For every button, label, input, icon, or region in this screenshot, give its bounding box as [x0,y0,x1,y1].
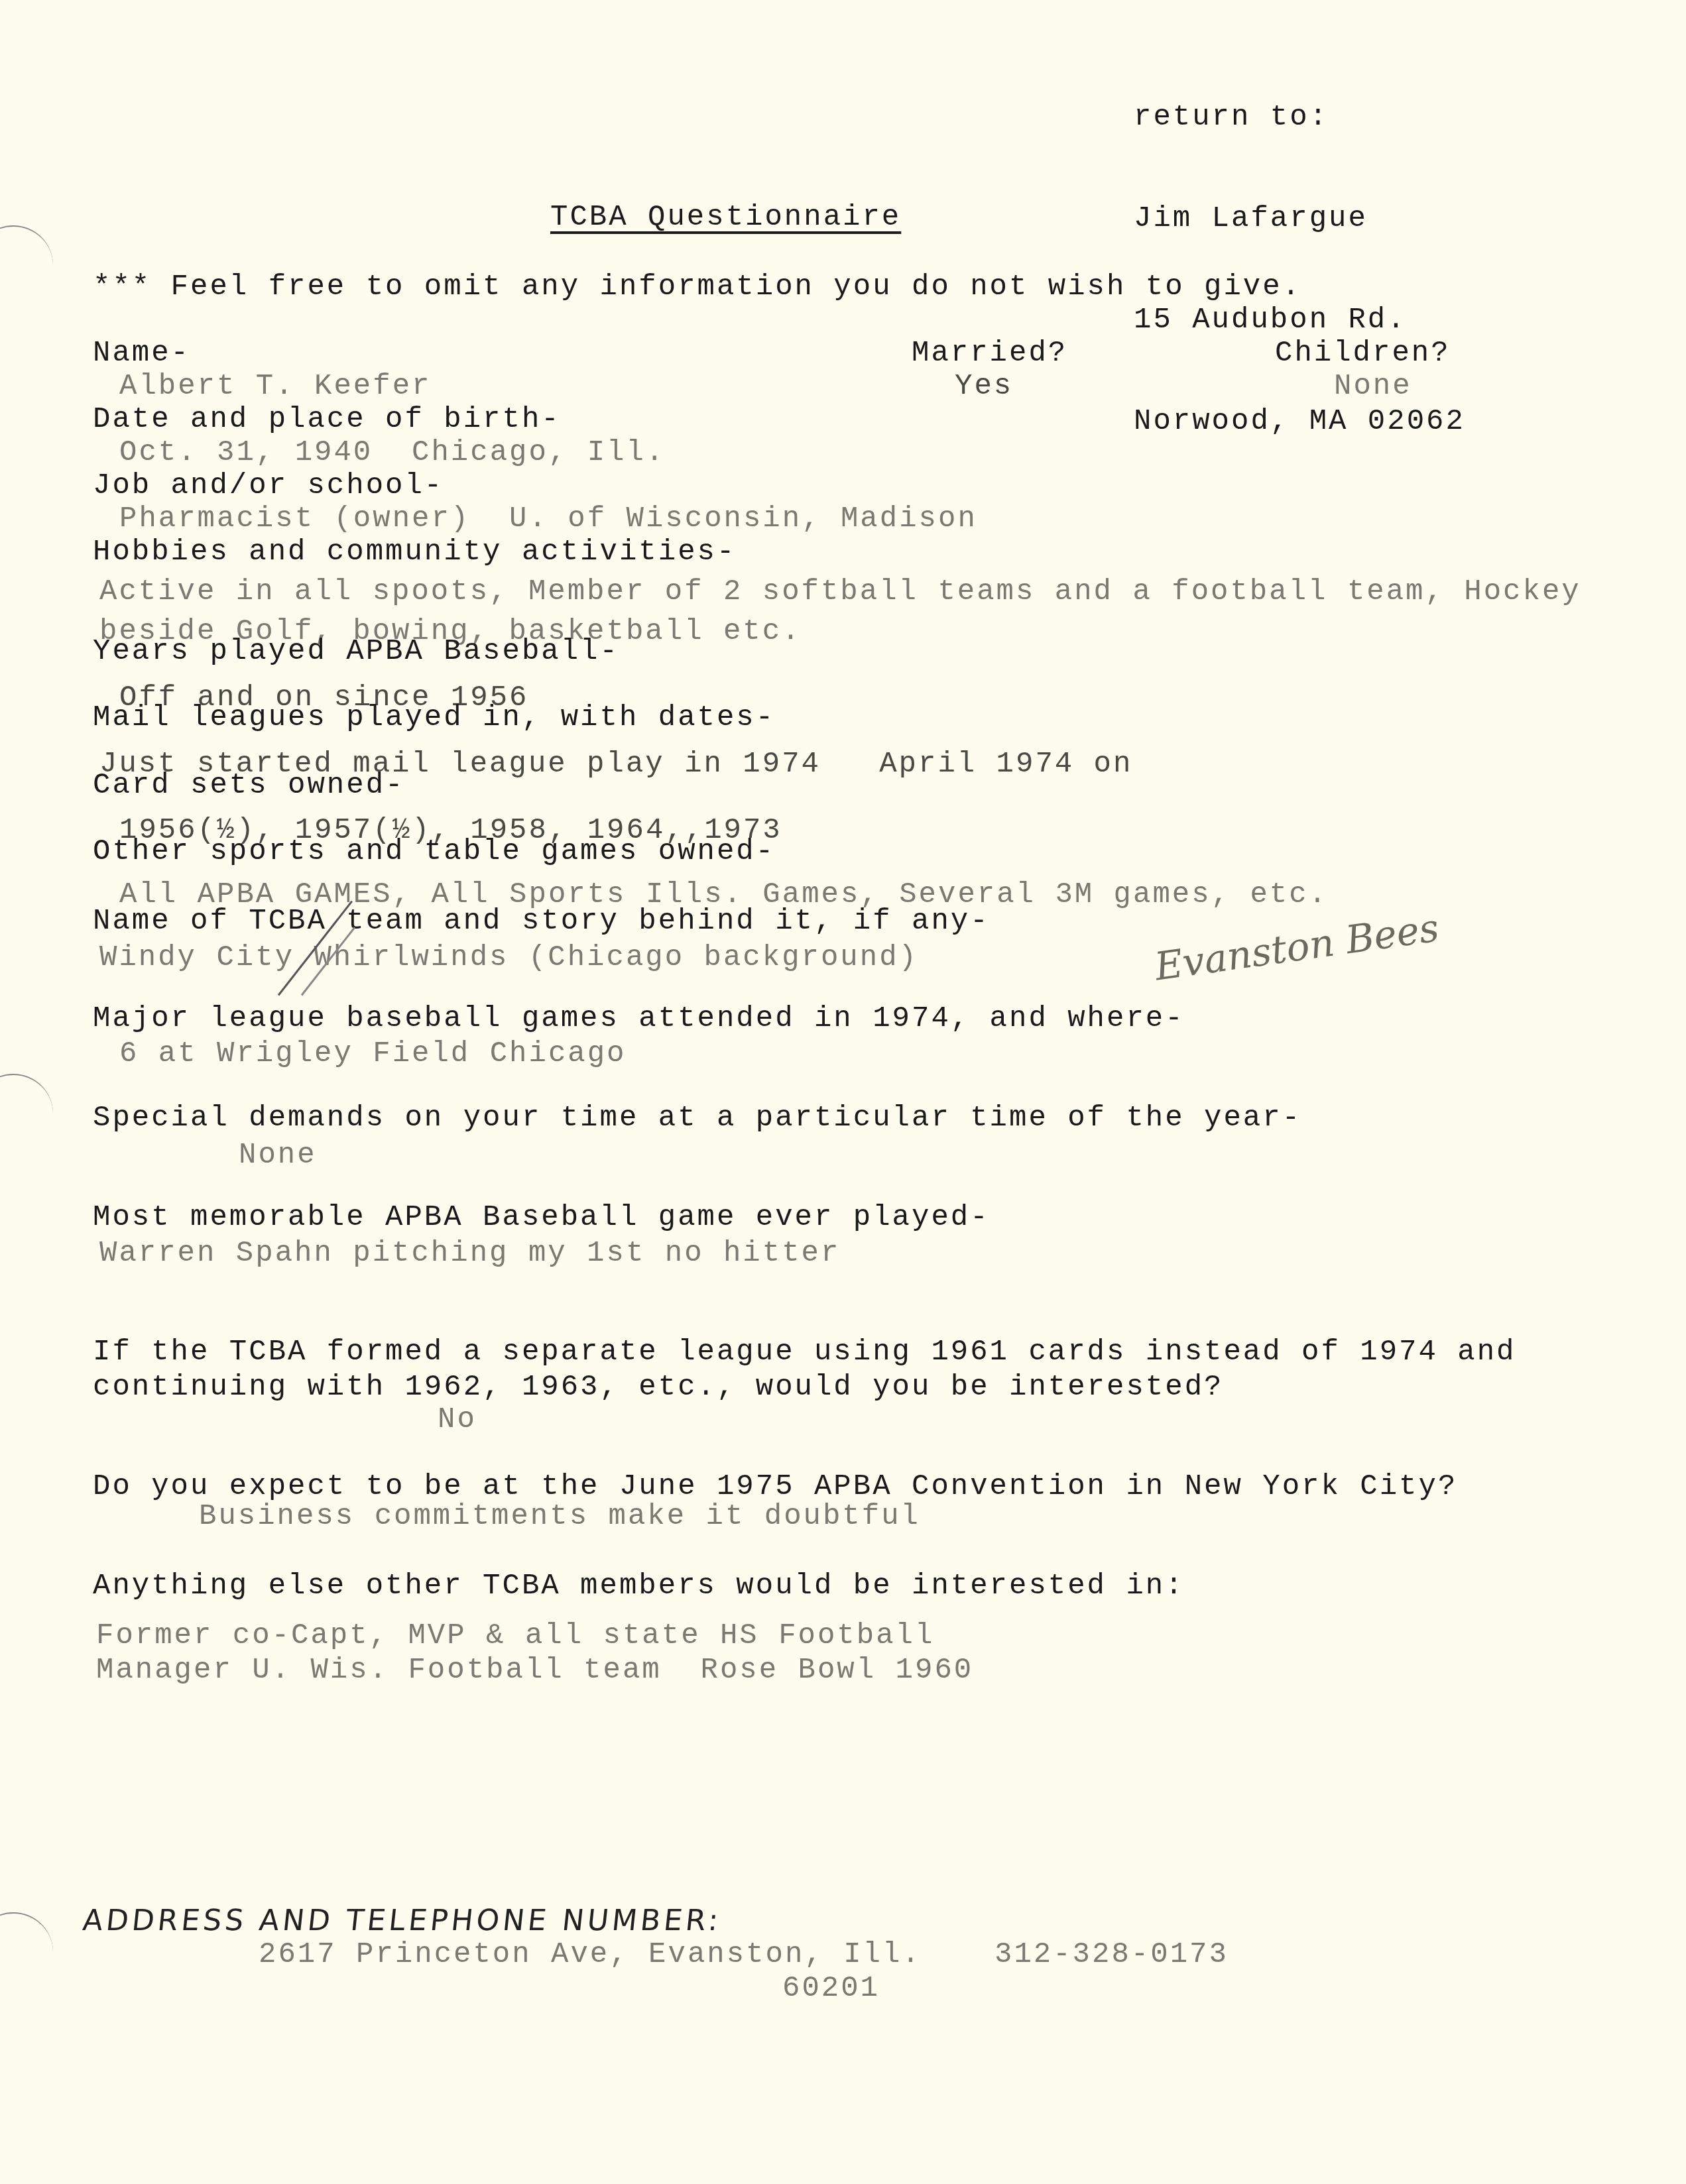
married-value: Yes [955,370,1013,403]
children-value: None [1334,370,1412,403]
job-value: Pharmacist (owner) U. of Wisconsin, Madi… [119,502,977,536]
intro-note: *** Feel free to omit any information yo… [93,270,1301,304]
name-value: Albert T. Keefer [119,370,431,403]
return-line: 15 Audubon Rd. [1134,304,1465,337]
handwritten-team-name: Evanston Bees [1152,905,1441,989]
special-value: None [239,1139,317,1172]
address-phone: 312-328-0173 [994,1938,1229,1971]
children-label: Children? [1275,337,1451,370]
convention-label: Do you expect to be at the June 1975 APB… [93,1470,1457,1503]
other-games-label: Other sports and table games owned- [93,835,775,868]
separate-league-label-line2: continuing with 1962, 1963, etc., would … [93,1371,1223,1404]
team-label: Name of TCBA team and story behind it, i… [93,905,990,938]
mlb-games-label: Major league baseball games attended in … [93,1002,1185,1035]
return-line: Jim Lafargue [1134,202,1465,236]
anything-else-label: Anything else other TCBA members would b… [93,1570,1185,1603]
job-label: Job and/or school- [93,469,444,502]
punch-hole-mark [0,1074,53,1115]
punch-hole-mark [0,225,53,266]
birth-label: Date and place of birth- [93,403,561,436]
return-line: Norwood, MA 02062 [1134,405,1465,439]
address-street: 2617 Princeton Ave, Evanston, Ill. [259,1938,922,1971]
address-label: ADDRESS AND TELEPHONE NUMBER: [81,1904,723,1937]
anything-else-value-line1: Former co-Capt, MVP & all state HS Footb… [96,1619,934,1652]
address-zip: 60201 [782,1972,880,2005]
memorable-label: Most memorable APBA Baseball game ever p… [93,1201,990,1234]
team-value: Windy City Whirlwinds (Chicago backgroun… [99,941,918,974]
separate-league-value: No [438,1403,477,1436]
years-label: Years played APBA Baseball- [93,635,619,668]
punch-hole-mark [0,1912,53,1953]
mail-label: Mail leagues played in, with dates- [93,701,775,734]
anything-else-value-line2: Manager U. Wis. Football team Rose Bowl … [96,1654,973,1687]
name-label: Name- [93,337,190,370]
convention-value: Business commitments make it doubtful [199,1500,920,1533]
birth-value: Oct. 31, 1940 Chicago, Ill. [119,436,665,469]
separate-league-label-line1: If the TCBA formed a separate league usi… [93,1336,1516,1369]
mlb-games-value: 6 at Wrigley Field Chicago [119,1037,627,1070]
page-title: TCBA Questionnaire [550,201,901,234]
return-line: return to: [1134,101,1465,135]
hobbies-value-line1: Active in all spoots, Member of 2 softba… [99,575,1581,608]
cards-label: Card sets owned- [93,769,404,802]
special-label: Special demands on your time at a partic… [93,1102,1301,1135]
married-label: Married? [912,337,1067,370]
hobbies-label: Hobbies and community activities- [93,536,736,569]
return-address: return to: Jim Lafargue 15 Audubon Rd. N… [1134,33,1465,473]
memorable-value: Warren Spahn pitching my 1st no hitter [99,1237,840,1270]
